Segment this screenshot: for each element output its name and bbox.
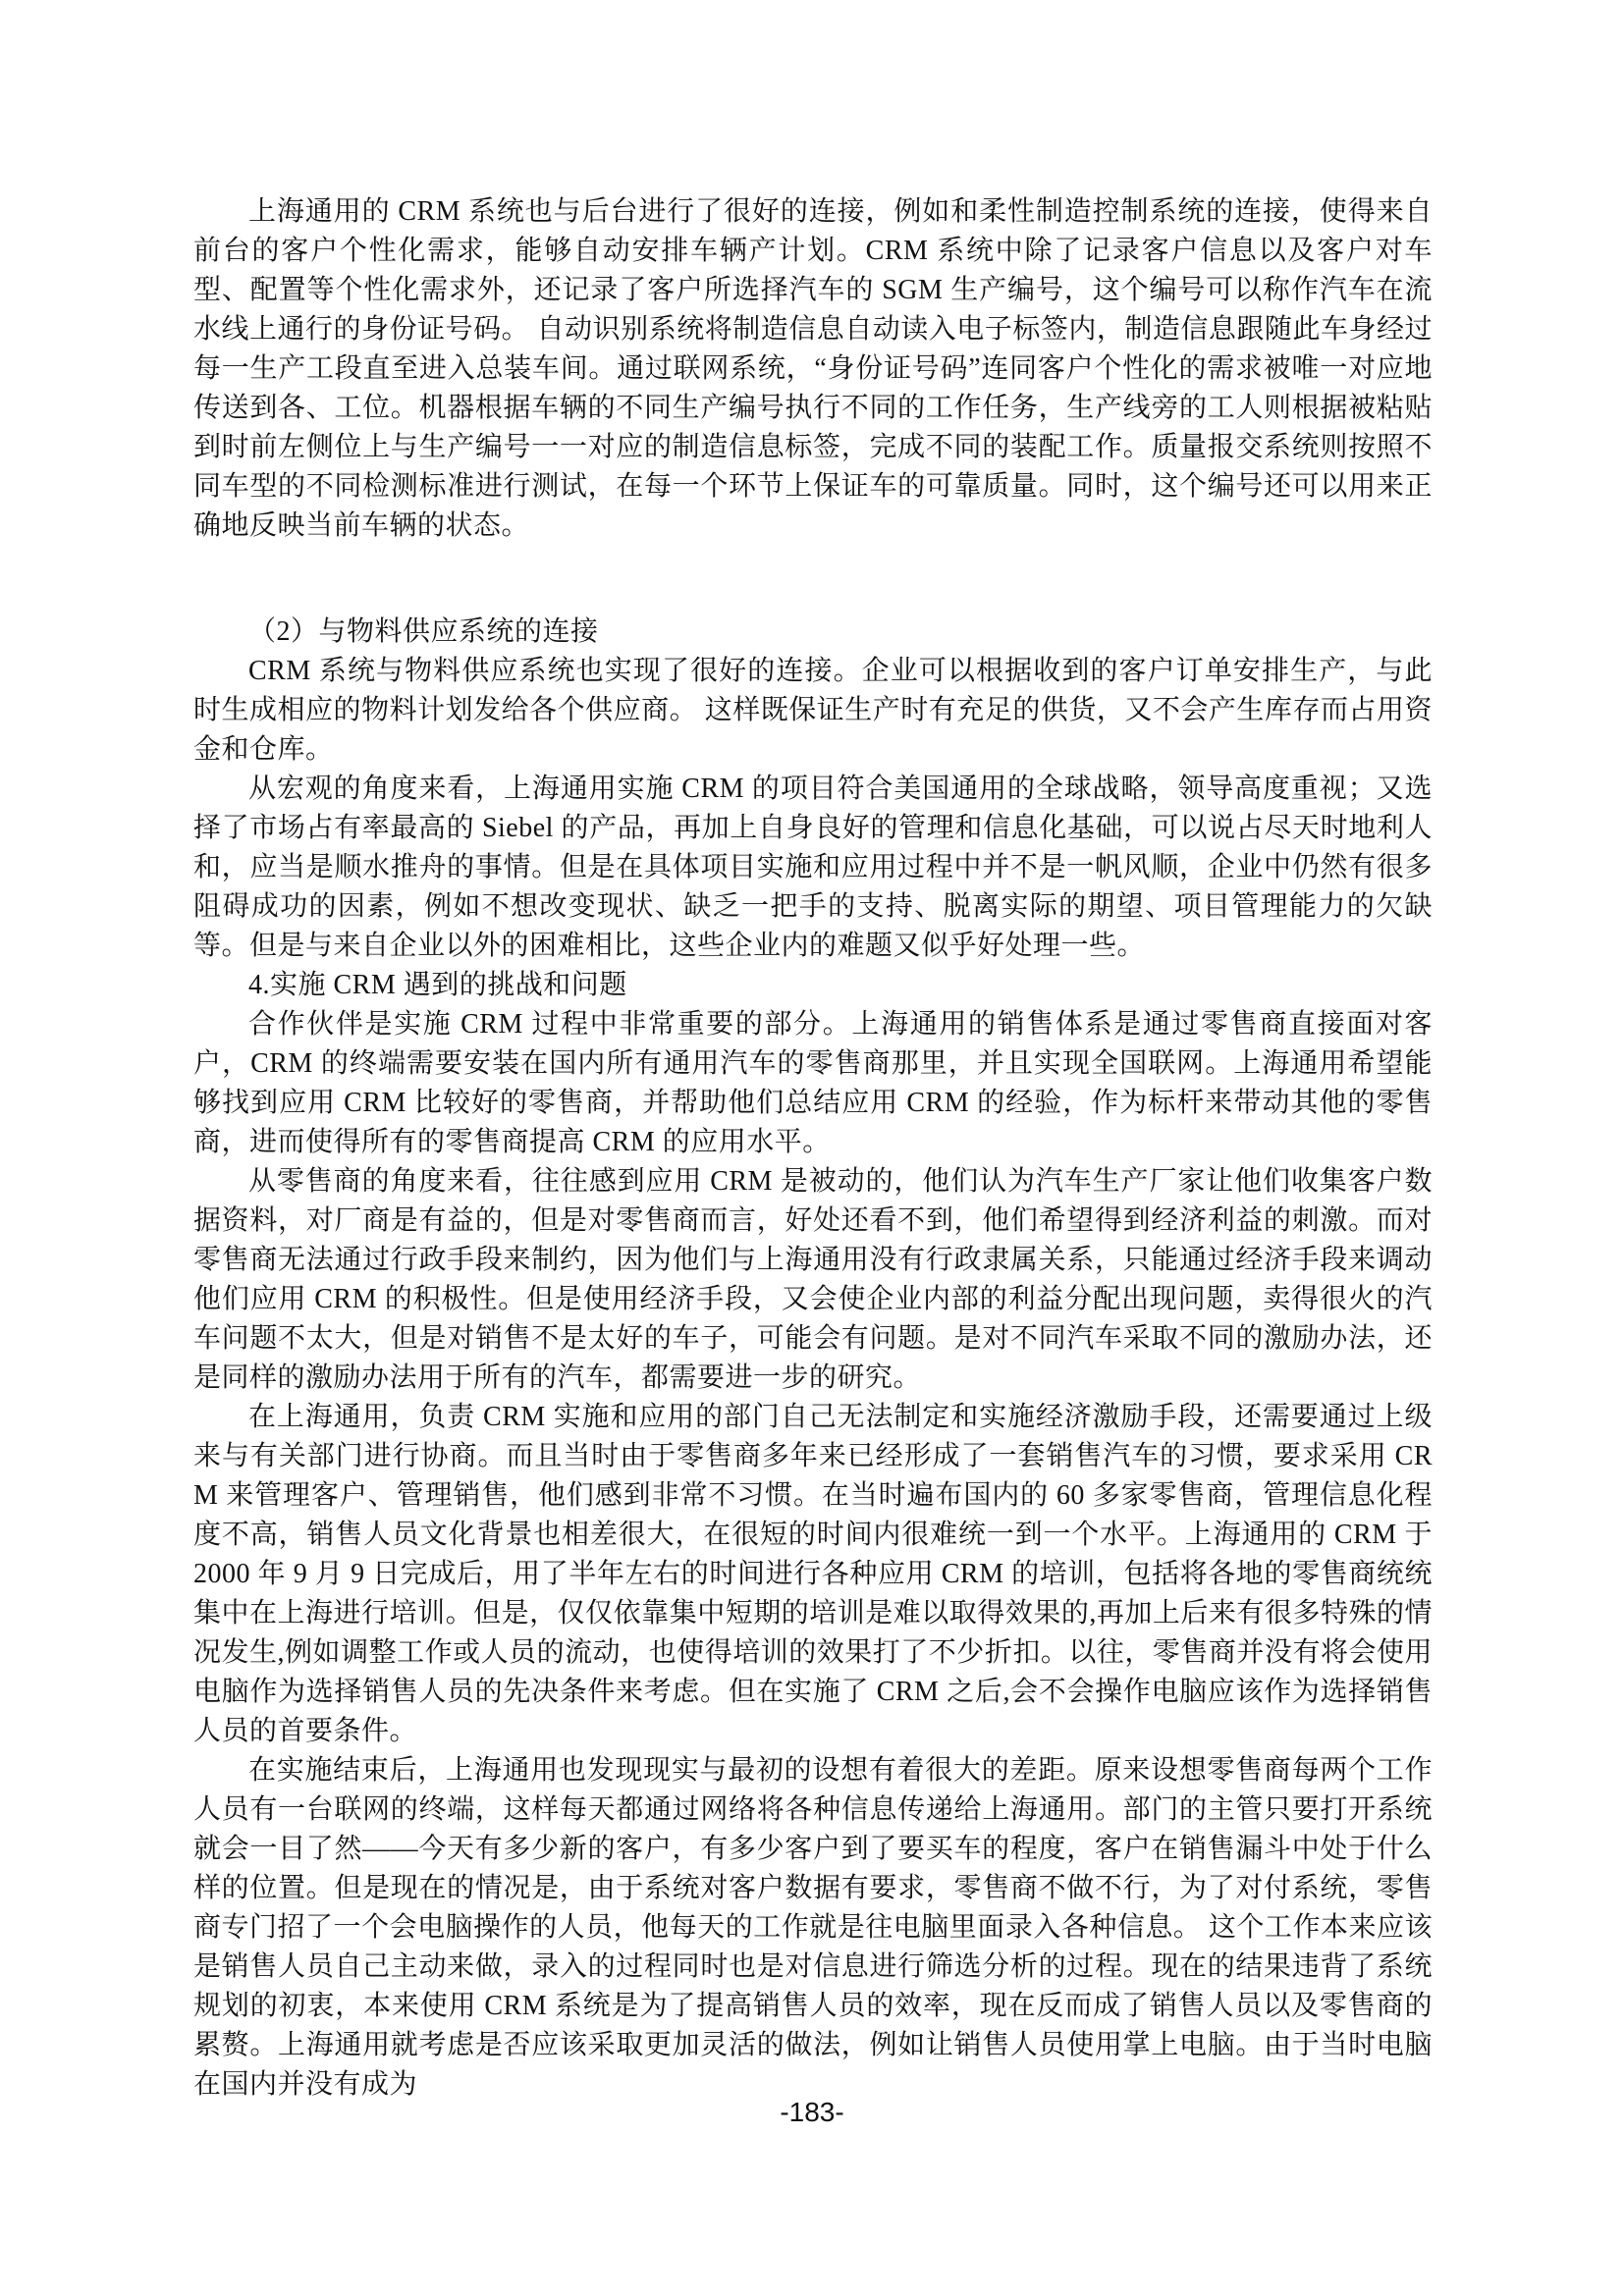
paragraph-macro-view: 从宏观的角度来看，上海通用实施 CRM 的项目符合美国通用的全球战略，领导高度重…	[193, 770, 1433, 966]
paragraph-retailer-view: 从零售商的角度来看，往往感到应用 CRM 是被动的，他们认为汽车生产厂家让他们收…	[193, 1162, 1433, 1398]
page-footer: -183-	[0, 2097, 1624, 2128]
document-page: 上海通用的 CRM 系统也与后台进行了很好的连接，例如和柔性制造控制系统的连接，…	[0, 0, 1624, 2296]
paragraph-material-supply: CRM 系统与物料供应系统也实现了很好的连接。企业可以根据收到的客户订单安排生产…	[193, 652, 1433, 770]
paragraph-crm-backend-connection: 上海通用的 CRM 系统也与后台进行了很好的连接，例如和柔性制造控制系统的连接，…	[193, 192, 1433, 546]
heading-crm-challenges: 4.实施 CRM 遇到的挑战和问题	[193, 966, 1433, 1005]
page-number: -183-	[780, 2097, 843, 2127]
paragraph-partners: 合作伙伴是实施 CRM 过程中非常重要的部分。上海通用的销售体系是通过零售商直接…	[193, 1005, 1433, 1162]
paragraph-internal-coordination: 在上海通用，负责 CRM 实施和应用的部门自己无法制定和实施经济激励手段，还需要…	[193, 1398, 1433, 1751]
document-body: 上海通用的 CRM 系统也与后台进行了很好的连接，例如和柔性制造控制系统的连接，…	[193, 192, 1433, 2105]
heading-material-supply-connection: （2）与物料供应系统的连接	[193, 613, 1433, 652]
paragraph-post-implementation: 在实施结束后，上海通用也发现现实与最初的设想有着很大的差距。原来设想零售商每两个…	[193, 1751, 1433, 2105]
